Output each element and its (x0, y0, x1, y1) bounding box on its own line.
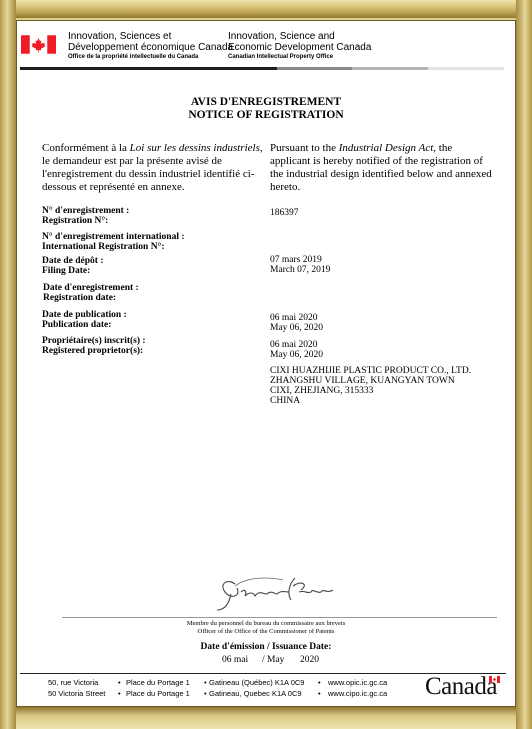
footer-address-en-place: Place du Portage 1 (126, 689, 190, 699)
footer-address-fr-street: 50, rue Victoria (48, 678, 98, 688)
label-en: Registration N°: (42, 216, 129, 226)
value-en: May 06, 2020 (270, 323, 323, 333)
wordmark-flag-icon (489, 676, 500, 683)
footer-bullet: • (318, 689, 321, 699)
value-en: May 06, 2020 (270, 350, 323, 360)
registration-number-label: N° d'enregistrement : Registration N°: (42, 206, 129, 226)
footer-bullet: • (118, 689, 121, 699)
label-fr: Date de publication : (42, 310, 127, 320)
header-english: Innovation, Science and Economic Develop… (228, 31, 371, 61)
label-fr: Date de dépôt : (42, 256, 103, 266)
address-line: CIXI HUAZHIJIE PLASTIC PRODUCT CO., LTD. (270, 366, 471, 376)
label-fr: N° d'enregistrement international : (42, 232, 185, 242)
label-fr: N° d'enregistrement : (42, 206, 129, 216)
label-fr: Date d'enregistrement : (43, 283, 139, 293)
footer-bullet: • (204, 689, 207, 699)
filing-date-label: Date de dépôt : Filing Date: (42, 256, 103, 276)
title-fr: AVIS D'ENREGISTREMENT (16, 96, 516, 109)
filing-date-value: 07 mars 2019 March 07, 2019 (270, 255, 330, 275)
footer-website-en[interactable]: www.cipo.ic.gc.ca (328, 689, 387, 699)
address-line: CHINA (270, 396, 471, 406)
footer-address-fr-place: Place du Portage 1 (126, 678, 190, 688)
issuance-day: 06 mai (222, 655, 248, 665)
header-rule-faint (428, 67, 504, 70)
issuance-date-label: Date d'émission / Issuance Date: (16, 642, 516, 652)
header-en-line2: Economic Development Canada (228, 42, 371, 53)
signature-line (62, 617, 497, 618)
frame-bottom (0, 707, 532, 729)
header-rule-dark (20, 67, 277, 70)
label-en: Registered proprietor(s): (42, 346, 146, 356)
canada-wordmark: Canada (425, 673, 497, 701)
intro-fr-act: Loi sur les dessins industriels (130, 142, 260, 154)
value-fr: 06 mai 2020 (270, 313, 323, 323)
header-french: Innovation, Sciences et Développement éc… (68, 31, 233, 61)
address-line: CIXI, ZHEJIANG, 315333 (270, 386, 471, 396)
intro-french: Conformément à la Loi sur les dessins in… (42, 142, 267, 194)
proprietor-address: CIXI HUAZHIJIE PLASTIC PRODUCT CO., LTD.… (270, 366, 471, 406)
officer-en: Officer of the Office of the Commissione… (16, 628, 516, 636)
issuance-year: 2020 (300, 655, 319, 665)
label-en: Publication date: (42, 320, 127, 330)
intro-fr-prefix: Conformément à la (42, 142, 130, 154)
issuance-month: / May (262, 655, 284, 665)
registration-number-value: 186397 (270, 208, 299, 218)
header-fr-office: Office de la propriété intellectuelle du… (68, 53, 233, 61)
label-fr: Propriétaire(s) inscrit(s) : (42, 336, 146, 346)
registration-date-label: Date d'enregistrement : Registration dat… (43, 283, 139, 303)
frame-top (0, 0, 532, 18)
signature-image (205, 570, 345, 615)
title-en: NOTICE OF REGISTRATION (16, 109, 516, 122)
frame-left (0, 0, 16, 729)
officer-title: Membre du personnel du bureau du commiss… (16, 620, 516, 636)
intro-en-act: Industrial Design Act (339, 142, 434, 154)
footer-address-en-city: Gatineau, Quebec K1A 0C9 (209, 689, 302, 699)
header-en-office: Canadian Intellectual Property Office (228, 53, 371, 61)
label-en: International Registration N°: (42, 242, 185, 252)
publication-date-value: 06 mai 2020 May 06, 2020 (270, 313, 323, 333)
footer-bullet: • (118, 678, 121, 688)
label-en: Registration date: (43, 293, 139, 303)
document-title: AVIS D'ENREGISTREMENT NOTICE OF REGISTRA… (16, 96, 516, 122)
proprietor-date-value: 06 mai 2020 May 06, 2020 (270, 340, 323, 360)
intro-en-prefix: Pursuant to the (270, 142, 339, 154)
intro-english: Pursuant to the Industrial Design Act, t… (270, 142, 492, 194)
footer-address-fr-city: Gatineau (Québec) K1A 0C9 (209, 678, 304, 688)
frame-right (516, 0, 532, 729)
value-fr: 07 mars 2019 (270, 255, 330, 265)
address-line: ZHANGSHU VILLAGE, KUANGYAN TOWN (270, 376, 471, 386)
header-fr-line2: Développement économique Canada (68, 42, 233, 53)
header-rule-mid (277, 67, 352, 70)
value-fr: 06 mai 2020 (270, 340, 323, 350)
label-en: Filing Date: (42, 266, 103, 276)
international-registration-label: N° d'enregistrement international : Inte… (42, 232, 185, 252)
proprietor-label: Propriétaire(s) inscrit(s) : Registered … (42, 336, 146, 356)
officer-fr: Membre du personnel du bureau du commiss… (16, 620, 516, 628)
footer-bullet: • (204, 678, 207, 688)
header-fr-line1: Innovation, Sciences et (68, 31, 233, 42)
header-en-line1: Innovation, Science and (228, 31, 371, 42)
footer-bullet: • (318, 678, 321, 688)
canada-flag-icon (21, 35, 56, 54)
publication-date-label: Date de publication : Publication date: (42, 310, 127, 330)
value-en: March 07, 2019 (270, 265, 330, 275)
footer-address-en-street: 50 Victoria Street (48, 689, 105, 699)
header-rule-light (352, 67, 428, 70)
footer-website-fr[interactable]: www.opic.ic.gc.ca (328, 678, 387, 688)
